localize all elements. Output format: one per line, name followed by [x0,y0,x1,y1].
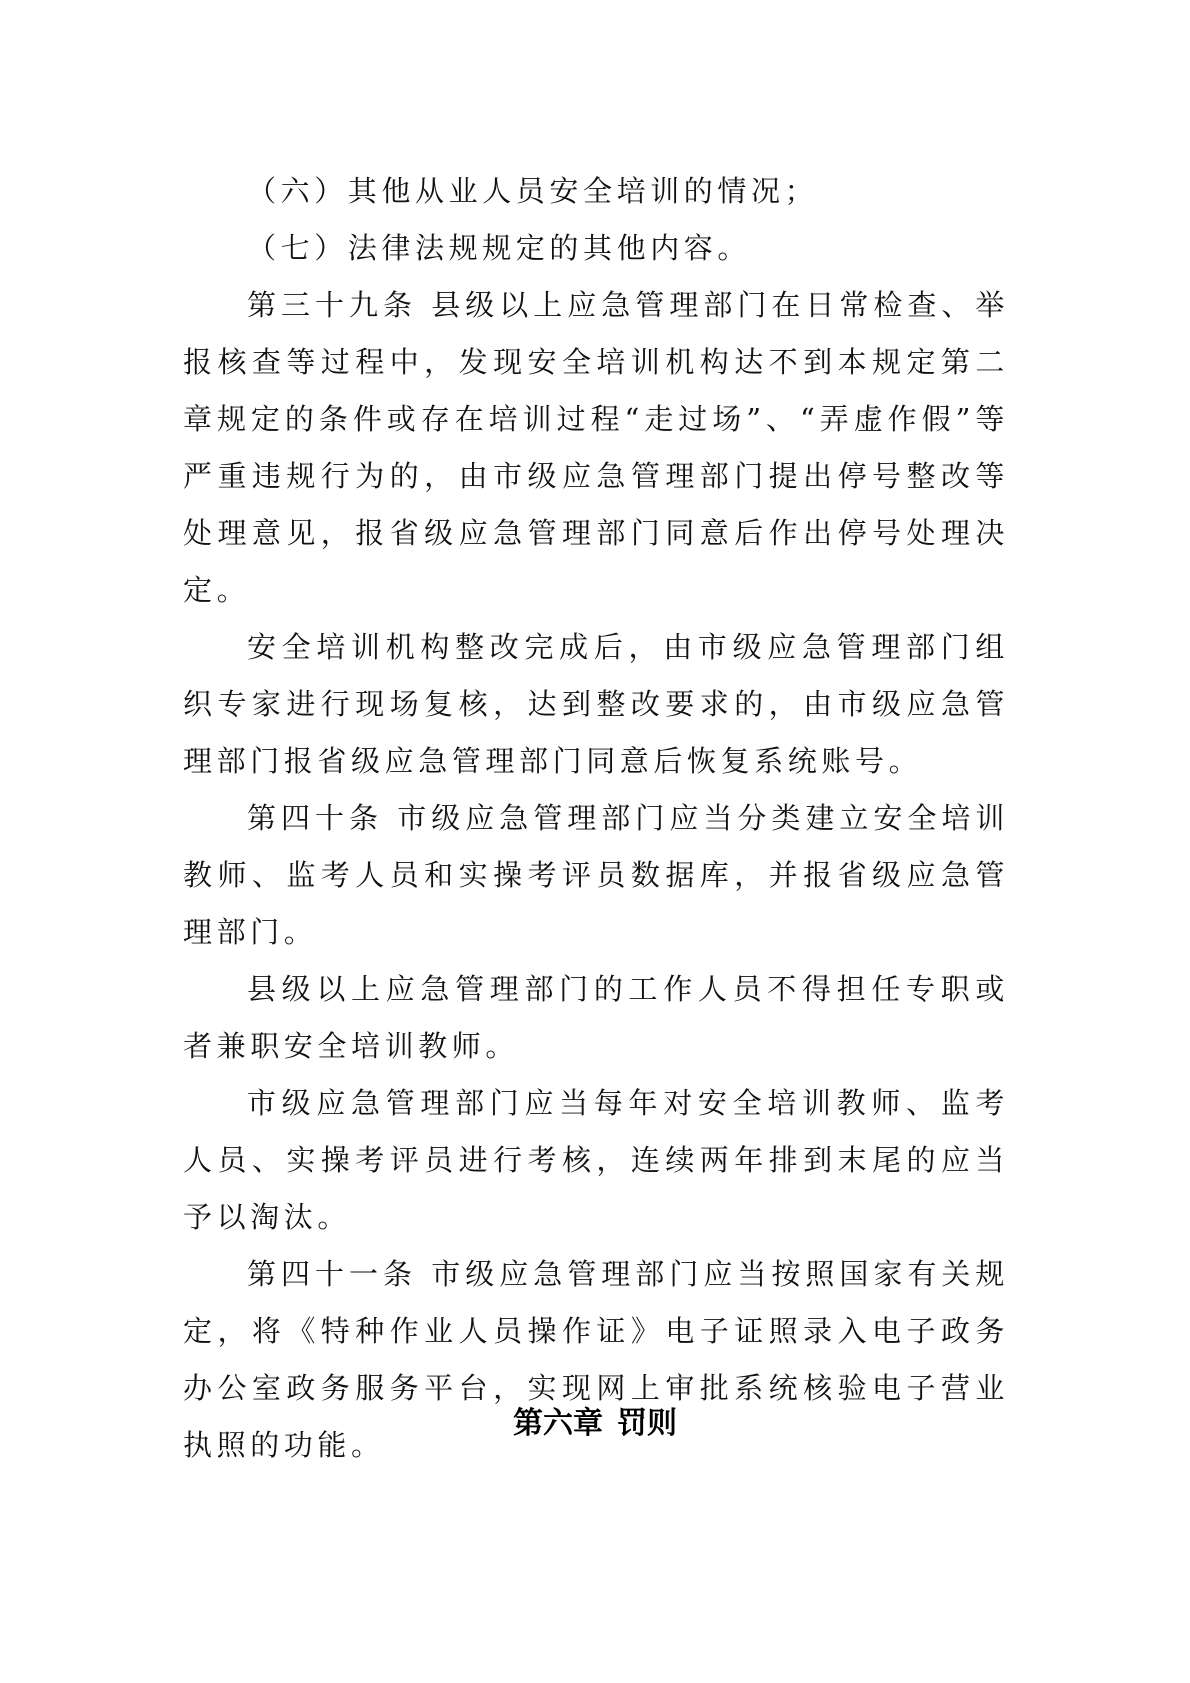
chapter-number: 第六章 [513,1406,603,1441]
chapter-title: 罚则 [617,1406,677,1441]
document-body: （六）其他从业人员安全培训的情况； （七）法律法规规定的其他内容。 第三十九条 … [183,163,1009,1474]
paragraph-article-40: 第四十条 市级应急管理部门应当分类建立安全培训教师、监考人员和实操考评员数据库，… [183,790,1009,961]
paragraph-article-39: 第三十九条 县级以上应急管理部门在日常检查、举报核查等过程中，发现安全培训机构达… [183,277,1009,619]
paragraph-article-40-annual-assessment: 市级应急管理部门应当每年对安全培训教师、监考人员、实操考评员进行考核，连续两年排… [183,1075,1009,1246]
paragraph-article-40-staff-restriction: 县级以上应急管理部门的工作人员不得担任专职或者兼职安全培训教师。 [183,961,1009,1075]
paragraph-item-7: （七）法律法规规定的其他内容。 [183,220,1009,277]
paragraph-article-39-rectification: 安全培训机构整改完成后，由市级应急管理部门组织专家进行现场复核，达到整改要求的，… [183,619,1009,790]
paragraph-item-6: （六）其他从业人员安全培训的情况； [183,163,1009,220]
chapter-heading: 第六章罚则 [0,1398,1190,1442]
